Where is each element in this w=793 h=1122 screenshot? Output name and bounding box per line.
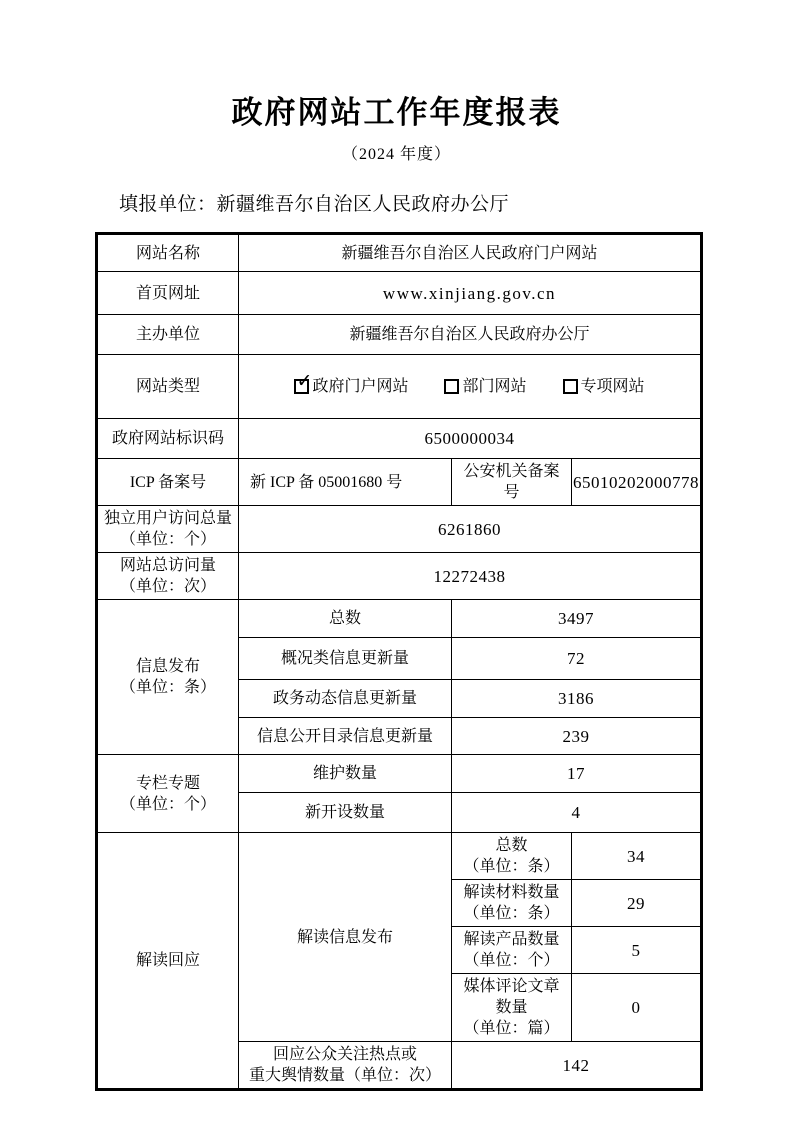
site-code-label: 政府网站标识码 [97,419,239,459]
total-visits-value: 12272438 [239,553,702,600]
total-visits-label: 网站总访问量 （单位：次） [97,553,239,600]
unique-visitors-value: 6261860 [239,506,702,553]
check-icon: ✓ [296,372,312,391]
website-type-options: ✓ 政府门户网站 ✓ 部门网站 ✓ 专项网站 [239,355,702,419]
columns-maintained-label: 维护数量 [239,755,452,793]
special-columns-section-label: 专栏专题 （单位：个） [97,755,239,833]
row-info-total: 信息发布 （单位：条） 总数 3497 [97,600,702,638]
interp-materials-value: 29 [572,880,702,927]
interp-materials-label: 解读材料数量 （单位：条） [452,880,572,927]
info-directory-value: 239 [452,718,702,755]
row-organizer: 主办单位 新疆维吾尔自治区人民政府办公厅 [97,315,702,355]
interp-products-value: 5 [572,927,702,974]
public-response-label: 回应公众关注热点或 重大舆情数量（单位：次） [239,1042,452,1090]
home-url-value: www.xinjiang.gov.cn [239,272,702,315]
info-directory-label: 信息公开目录信息更新量 [239,718,452,755]
columns-new-value: 4 [452,793,702,833]
page-subtitle: （2024 年度） [0,141,793,164]
interpretation-section-label: 解读回应 [97,833,239,1090]
row-unique-visitors: 独立用户访问总量 （单位：个） 6261860 [97,506,702,553]
home-url-label: 首页网址 [97,272,239,315]
website-type-label: 网站类型 [97,355,239,419]
icp-label: ICP 备案号 [97,459,239,506]
columns-new-label: 新开设数量 [239,793,452,833]
info-total-value: 3497 [452,600,702,638]
document-page: 政府网站工作年度报表 （2024 年度） 填报单位：新疆维吾尔自治区人民政府办公… [0,0,793,1122]
row-website-type: 网站类型 ✓ 政府门户网站 ✓ 部门网站 ✓ 专项网站 [97,355,702,419]
website-type-option-label: 专项网站 [581,376,645,397]
public-response-value: 142 [452,1042,702,1090]
row-home-url: 首页网址 www.xinjiang.gov.cn [97,272,702,315]
info-overview-value: 72 [452,638,702,680]
site-name-value: 新疆维吾尔自治区人民政府门户网站 [239,234,702,272]
row-total-visits: 网站总访问量 （单位：次） 12272438 [97,553,702,600]
interp-total-label: 总数 （单位：条） [452,833,572,880]
interp-total-value: 34 [572,833,702,880]
organizer-label: 主办单位 [97,315,239,355]
unique-visitors-label: 独立用户访问总量 （单位：个） [97,506,239,553]
website-type-option-label: 部门网站 [462,376,526,397]
row-site-name: 网站名称 新疆维吾尔自治区人民政府门户网站 [97,234,702,272]
website-type-option-label: 政府门户网站 [312,376,408,397]
info-total-label: 总数 [239,600,452,638]
info-release-section-label: 信息发布 （单位：条） [97,600,239,755]
checkbox-special[interactable]: ✓ [563,379,578,394]
row-icp: ICP 备案号 新 ICP 备 05001680 号 公安机关备案 号 6501… [97,459,702,506]
website-type-option-gov-portal: ✓ 政府门户网站 [294,376,408,397]
row-interp-total: 解读回应 解读信息发布 总数 （单位：条） 34 [97,833,702,880]
row-columns-maintained: 专栏专题 （单位：个） 维护数量 17 [97,755,702,793]
info-dynamics-label: 政务动态信息更新量 [239,680,452,718]
interp-products-label: 解读产品数量 （单位：个） [452,927,572,974]
icp-value: 新 ICP 备 05001680 号 [239,459,452,506]
page-title: 政府网站工作年度报表 [0,0,793,131]
police-record-label: 公安机关备案 号 [452,459,572,506]
website-type-option-special: ✓ 专项网站 [563,376,645,397]
interp-media-label: 媒体评论文章 数量 （单位：篇） [452,974,572,1042]
organizer-value: 新疆维吾尔自治区人民政府办公厅 [239,315,702,355]
info-dynamics-value: 3186 [452,680,702,718]
site-name-label: 网站名称 [97,234,239,272]
annual-report-table: 网站名称 新疆维吾尔自治区人民政府门户网站 首页网址 www.xinjiang.… [95,232,703,1091]
checkbox-department[interactable]: ✓ [444,379,459,394]
row-site-code: 政府网站标识码 6500000034 [97,419,702,459]
interpretation-release-label: 解读信息发布 [239,833,452,1042]
interp-media-value: 0 [572,974,702,1042]
reporting-unit: 填报单位：新疆维吾尔自治区人民政府办公厅 [119,189,793,216]
website-type-option-department: ✓ 部门网站 [444,376,526,397]
site-code-value: 6500000034 [239,419,702,459]
info-overview-label: 概况类信息更新量 [239,638,452,680]
police-record-value: 65010202000778 [572,459,702,506]
columns-maintained-value: 17 [452,755,702,793]
checkbox-gov-portal[interactable]: ✓ [294,379,309,394]
